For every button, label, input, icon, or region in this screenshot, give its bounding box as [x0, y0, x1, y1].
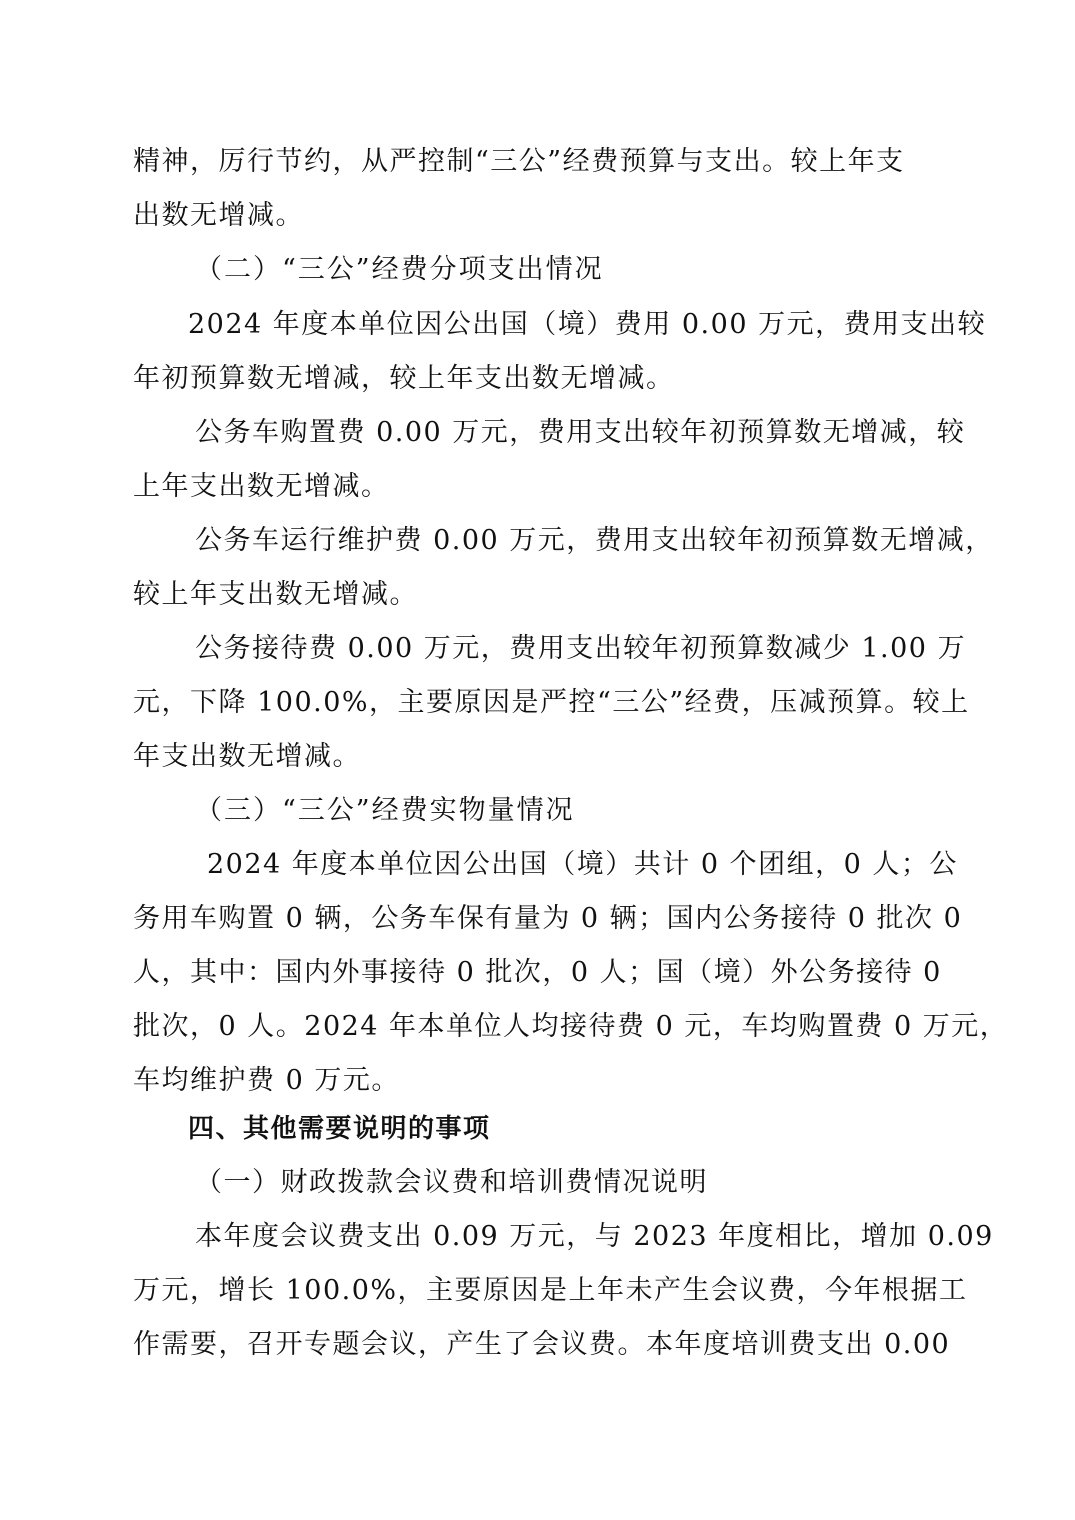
paragraph-line: 车均维护费 0 万元。: [133, 1061, 953, 1101]
paragraph-line: 年初预算数无增减，较上年支出数无增减。: [133, 359, 953, 399]
paragraph-line: 较上年支出数无增减。: [133, 575, 953, 615]
paragraph-line: 万元，增长 100.0%，主要原因是上年未产生会议费，今年根据工: [133, 1271, 953, 1311]
paragraph-line: 公务车购置费 0.00 万元，费用支出较年初预算数无增减，较: [195, 413, 1015, 453]
paragraph-line: 务用车购置 0 辆，公务车保有量为 0 辆；国内公务接待 0 批次 0: [133, 899, 953, 939]
paragraph-line: 元，下降 100.0%，主要原因是严控“三公”经费，压减预算。较上: [133, 683, 953, 723]
paragraph-line: 公务接待费 0.00 万元，费用支出较年初预算数减少 1.00 万: [195, 629, 1015, 669]
section-heading-3: （三）“三公”经费实物量情况: [195, 791, 1015, 831]
paragraph-line: 年支出数无增减。: [133, 737, 953, 777]
subsection-heading: （一）财政拨款会议费和培训费情况说明: [195, 1163, 1015, 1203]
paragraph-line: 本年度会议费支出 0.09 万元，与 2023 年度相比，增加 0.09: [195, 1217, 1015, 1257]
paragraph-line: 批次，0 人。2024 年本单位人均接待费 0 元，车均购置费 0 万元，: [133, 1007, 953, 1047]
paragraph-line: 出数无增减。: [133, 196, 953, 236]
document-page: 精神，厉行节约，从严控制“三公”经费预算与支出。较上年支 出数无增减。 （二）“…: [0, 0, 1075, 1520]
paragraph-line: 公务车运行维护费 0.00 万元，费用支出较年初预算数无增减，: [195, 521, 1015, 561]
paragraph-line: 精神，厉行节约，从严控制“三公”经费预算与支出。较上年支: [133, 142, 953, 182]
section-heading-four: 四、其他需要说明的事项: [188, 1109, 1008, 1149]
section-heading-2: （二）“三公”经费分项支出情况: [195, 250, 1015, 290]
paragraph-line: 2024 年度本单位因公出国（境）费用 0.00 万元，费用支出较: [188, 305, 1008, 345]
paragraph-line: 2024 年度本单位因公出国（境）共计 0 个团组，0 人；公: [207, 845, 1027, 885]
paragraph-line: 上年支出数无增减。: [133, 467, 953, 507]
paragraph-line: 人，其中：国内外事接待 0 批次，0 人；国（境）外公务接待 0: [133, 953, 953, 993]
paragraph-line: 作需要，召开专题会议，产生了会议费。本年度培训费支出 0.00: [133, 1325, 953, 1365]
